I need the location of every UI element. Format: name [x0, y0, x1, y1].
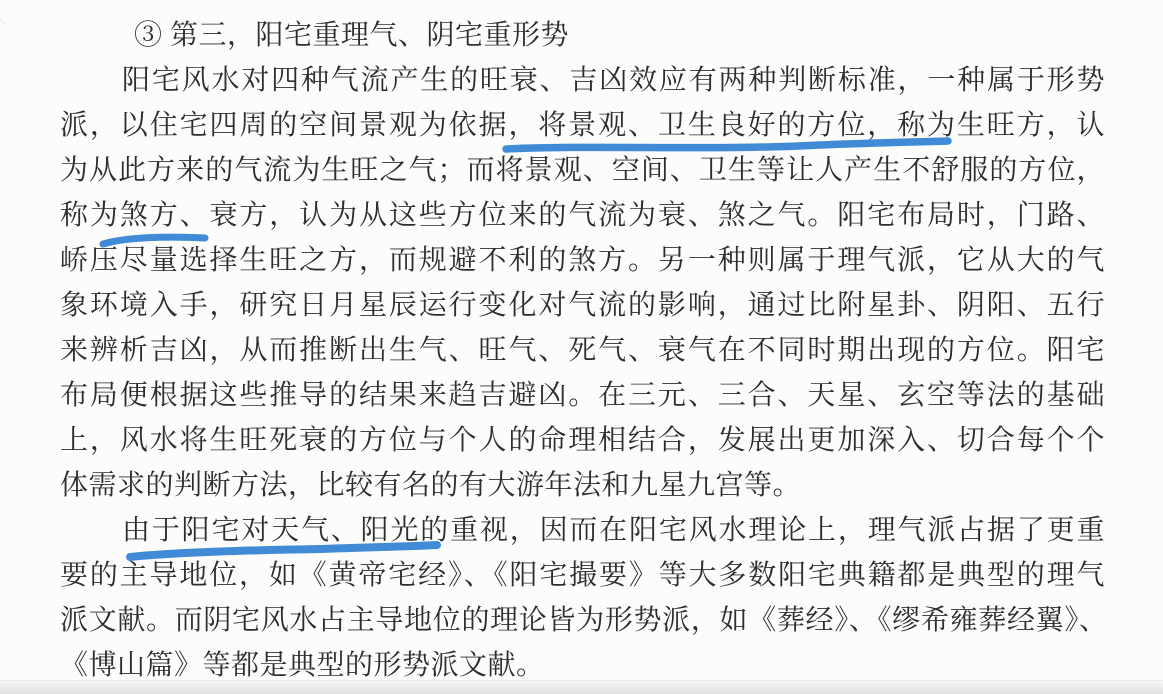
text-line: 由于阳宅对天气、阳光的重视，因而在阳宅风水理论上，理气派占据了更重	[60, 508, 1105, 553]
text-line: 要的主导地位，如《黄帝宅经》、《阳宅撮要》等大多数阳宅典籍都是典型的理气	[60, 553, 1105, 598]
text-line: 上，风水将生旺死衰的方位与个人的命理相结合，发展出更加深入、切合每个个	[60, 418, 1105, 463]
page-corner-artifact	[0, 0, 24, 25]
text-line: 为从此方来的气流为生旺之气；而将景观、空间、卫生等让人产生不舒服的方位，	[60, 148, 1105, 193]
text-line: 来辨析吉凶，从而推断出生气、旺气、死气、衰气在不同时期出现的方位。阳宅	[60, 328, 1105, 373]
text-line: 峤压尽量选择生旺之方，而规避不利的煞方。另一种则属于理气派，它从大的气	[60, 238, 1105, 283]
text-line: 象环境入手，研究日月星辰运行变化对气流的影响，通过比附星卦、阴阳、五行	[60, 283, 1105, 328]
text-line: 称为煞方、衰方，认为从这些方位来的气流为衰、煞之气。阳宅布局时，门路、	[60, 193, 1105, 238]
text-line: 阳宅风水对四种气流产生的旺衰、吉凶效应有两种判断标准，一种属于形势	[60, 58, 1105, 103]
text-line: 派，以住宅四周的空间景观为依据，将景观、卫生良好的方位，称为生旺方，认	[60, 103, 1105, 148]
page-edge-shadow	[0, 680, 1163, 694]
text-line: 体需求的判断方法，比较有名的有大游年法和九星九宫等。	[60, 463, 1105, 508]
text-line: 布局便根据这些推导的结果来趋吉避凶。在三元、三合、天星、玄空等法的基础	[60, 373, 1105, 418]
scanned-book-page: ③ 第三，阳宅重理气、阴宅重形势 阳宅风水对四种气流产生的旺衰、吉凶效应有两种判…	[0, 0, 1163, 694]
text-block: ③ 第三，阳宅重理气、阴宅重形势 阳宅风水对四种气流产生的旺衰、吉凶效应有两种判…	[60, 13, 1105, 688]
section-heading: ③ 第三，阳宅重理气、阴宅重形势	[60, 13, 1105, 58]
text-line: 派文献。而阴宅风水占主导地位的理论皆为形势派，如《葬经》、《缪希雍葬经翼》、	[60, 598, 1105, 643]
